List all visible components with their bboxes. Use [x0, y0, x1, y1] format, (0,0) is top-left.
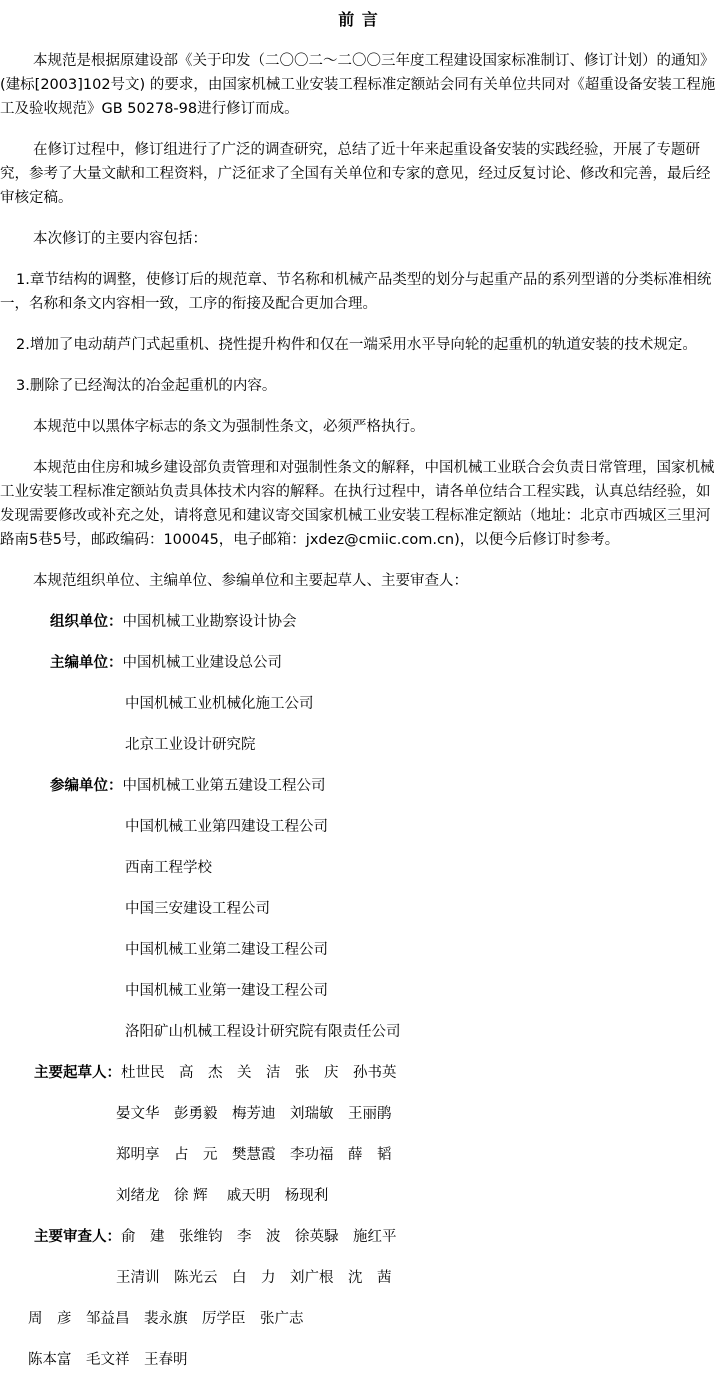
participating-unit-2: 中国机械工业第四建设工程公司: [0, 815, 717, 839]
paragraph-main-contents-intro: 本次修订的主要内容包括：: [0, 227, 717, 251]
participating-unit-6: 中国机械工业第一建设工程公司: [0, 979, 717, 1003]
chief-editing-unit-value-1: 中国机械工业建设总公司: [123, 655, 283, 671]
paragraph-basis: 本规范是根据原建设部《关于印发（二〇〇二～二〇〇三年度工程建设国家标准制订、修订…: [0, 49, 717, 121]
organizing-unit-label: 组织单位：: [50, 614, 123, 630]
participating-unit-1: 中国机械工业第五建设工程公司: [123, 778, 326, 794]
section-main-drafters: 主要起草人：杜世民 高 杰 关 洁 张 庆 孙书英: [0, 1061, 717, 1085]
list-item-1: 1.章节结构的调整，使修订后的规范章、节名称和机械产品类型的划分与起重产品的系列…: [0, 268, 717, 316]
main-drafters-label: 主要起草人：: [34, 1065, 121, 1081]
page-title: 前 言: [0, 8, 717, 32]
main-drafters-row-2: 晏文华 彭勇毅 梅芳迪 刘瑞敏 王丽鹃: [0, 1102, 717, 1126]
main-reviewers-row-4: 陈本富 毛文祥 王春明: [0, 1348, 717, 1372]
participating-units-label: 参编单位：: [50, 778, 123, 794]
chief-editing-unit-value-2: 中国机械工业机械化施工公司: [0, 692, 717, 716]
participating-unit-5: 中国机械工业第二建设工程公司: [0, 938, 717, 962]
paragraph-mandatory-clauses: 本规范中以黑体字标志的条文为强制性条文，必须严格执行。: [0, 415, 717, 439]
document-body: 前 言 本规范是根据原建设部《关于印发（二〇〇二～二〇〇三年度工程建设国家标准制…: [0, 0, 717, 1372]
participating-unit-7: 洛阳矿山机械工程设计研究院有限责任公司: [0, 1020, 717, 1044]
organizing-unit-value: 中国机械工业勘察设计协会: [123, 614, 297, 630]
main-reviewers-row-3: 周 彦 邹益昌 裴永旗 厉学臣 张广志: [0, 1307, 717, 1331]
section-main-reviewers: 主要审查人：俞 建 张维钧 李 波 徐英騄 施红平: [0, 1225, 717, 1249]
main-drafters-row-1: 杜世民 高 杰 关 洁 张 庆 孙书英: [121, 1065, 397, 1081]
section-participating-units: 参编单位：中国机械工业第五建设工程公司: [0, 774, 717, 798]
main-reviewers-row-2: 王清训 陈光云 白 力 刘广根 沈 茜: [0, 1266, 717, 1290]
list-item-2: 2.增加了电动葫芦门式起重机、挠性提升构件和仅在一端采用水平导向轮的起重机的轨道…: [0, 333, 717, 357]
main-reviewers-row-1: 俞 建 张维钧 李 波 徐英騄 施红平: [121, 1229, 397, 1245]
main-reviewers-label: 主要审查人：: [34, 1229, 121, 1245]
paragraph-management-contact: 本规范由住房和城乡建设部负责管理和对强制性条文的解释，中国机械工业联合会负责日常…: [0, 456, 717, 552]
section-chief-editing-unit: 主编单位：中国机械工业建设总公司: [0, 651, 717, 675]
chief-editing-unit-label: 主编单位：: [50, 655, 123, 671]
main-drafters-row-4: 刘绪龙 徐 辉 戚天明 杨现利: [0, 1184, 717, 1208]
chief-editing-unit-value-3: 北京工业设计研究院: [0, 733, 717, 757]
participating-unit-3: 西南工程学校: [0, 856, 717, 880]
list-item-3: 3.删除了已经淘汰的冶金起重机的内容。: [0, 374, 717, 398]
participating-unit-4: 中国三安建设工程公司: [0, 897, 717, 921]
section-organizing-unit: 组织单位：中国机械工业勘察设计协会: [0, 610, 717, 634]
paragraph-revision-process: 在修订过程中，修订组进行了广泛的调查研究，总结了近十年来起重设备安装的实践经验，…: [0, 138, 717, 210]
paragraph-credits-intro: 本规范组织单位、主编单位、参编单位和主要起草人、主要审查人：: [0, 569, 717, 593]
main-drafters-row-3: 郑明享 占 元 樊慧霞 李功福 薛 韬: [0, 1143, 717, 1167]
